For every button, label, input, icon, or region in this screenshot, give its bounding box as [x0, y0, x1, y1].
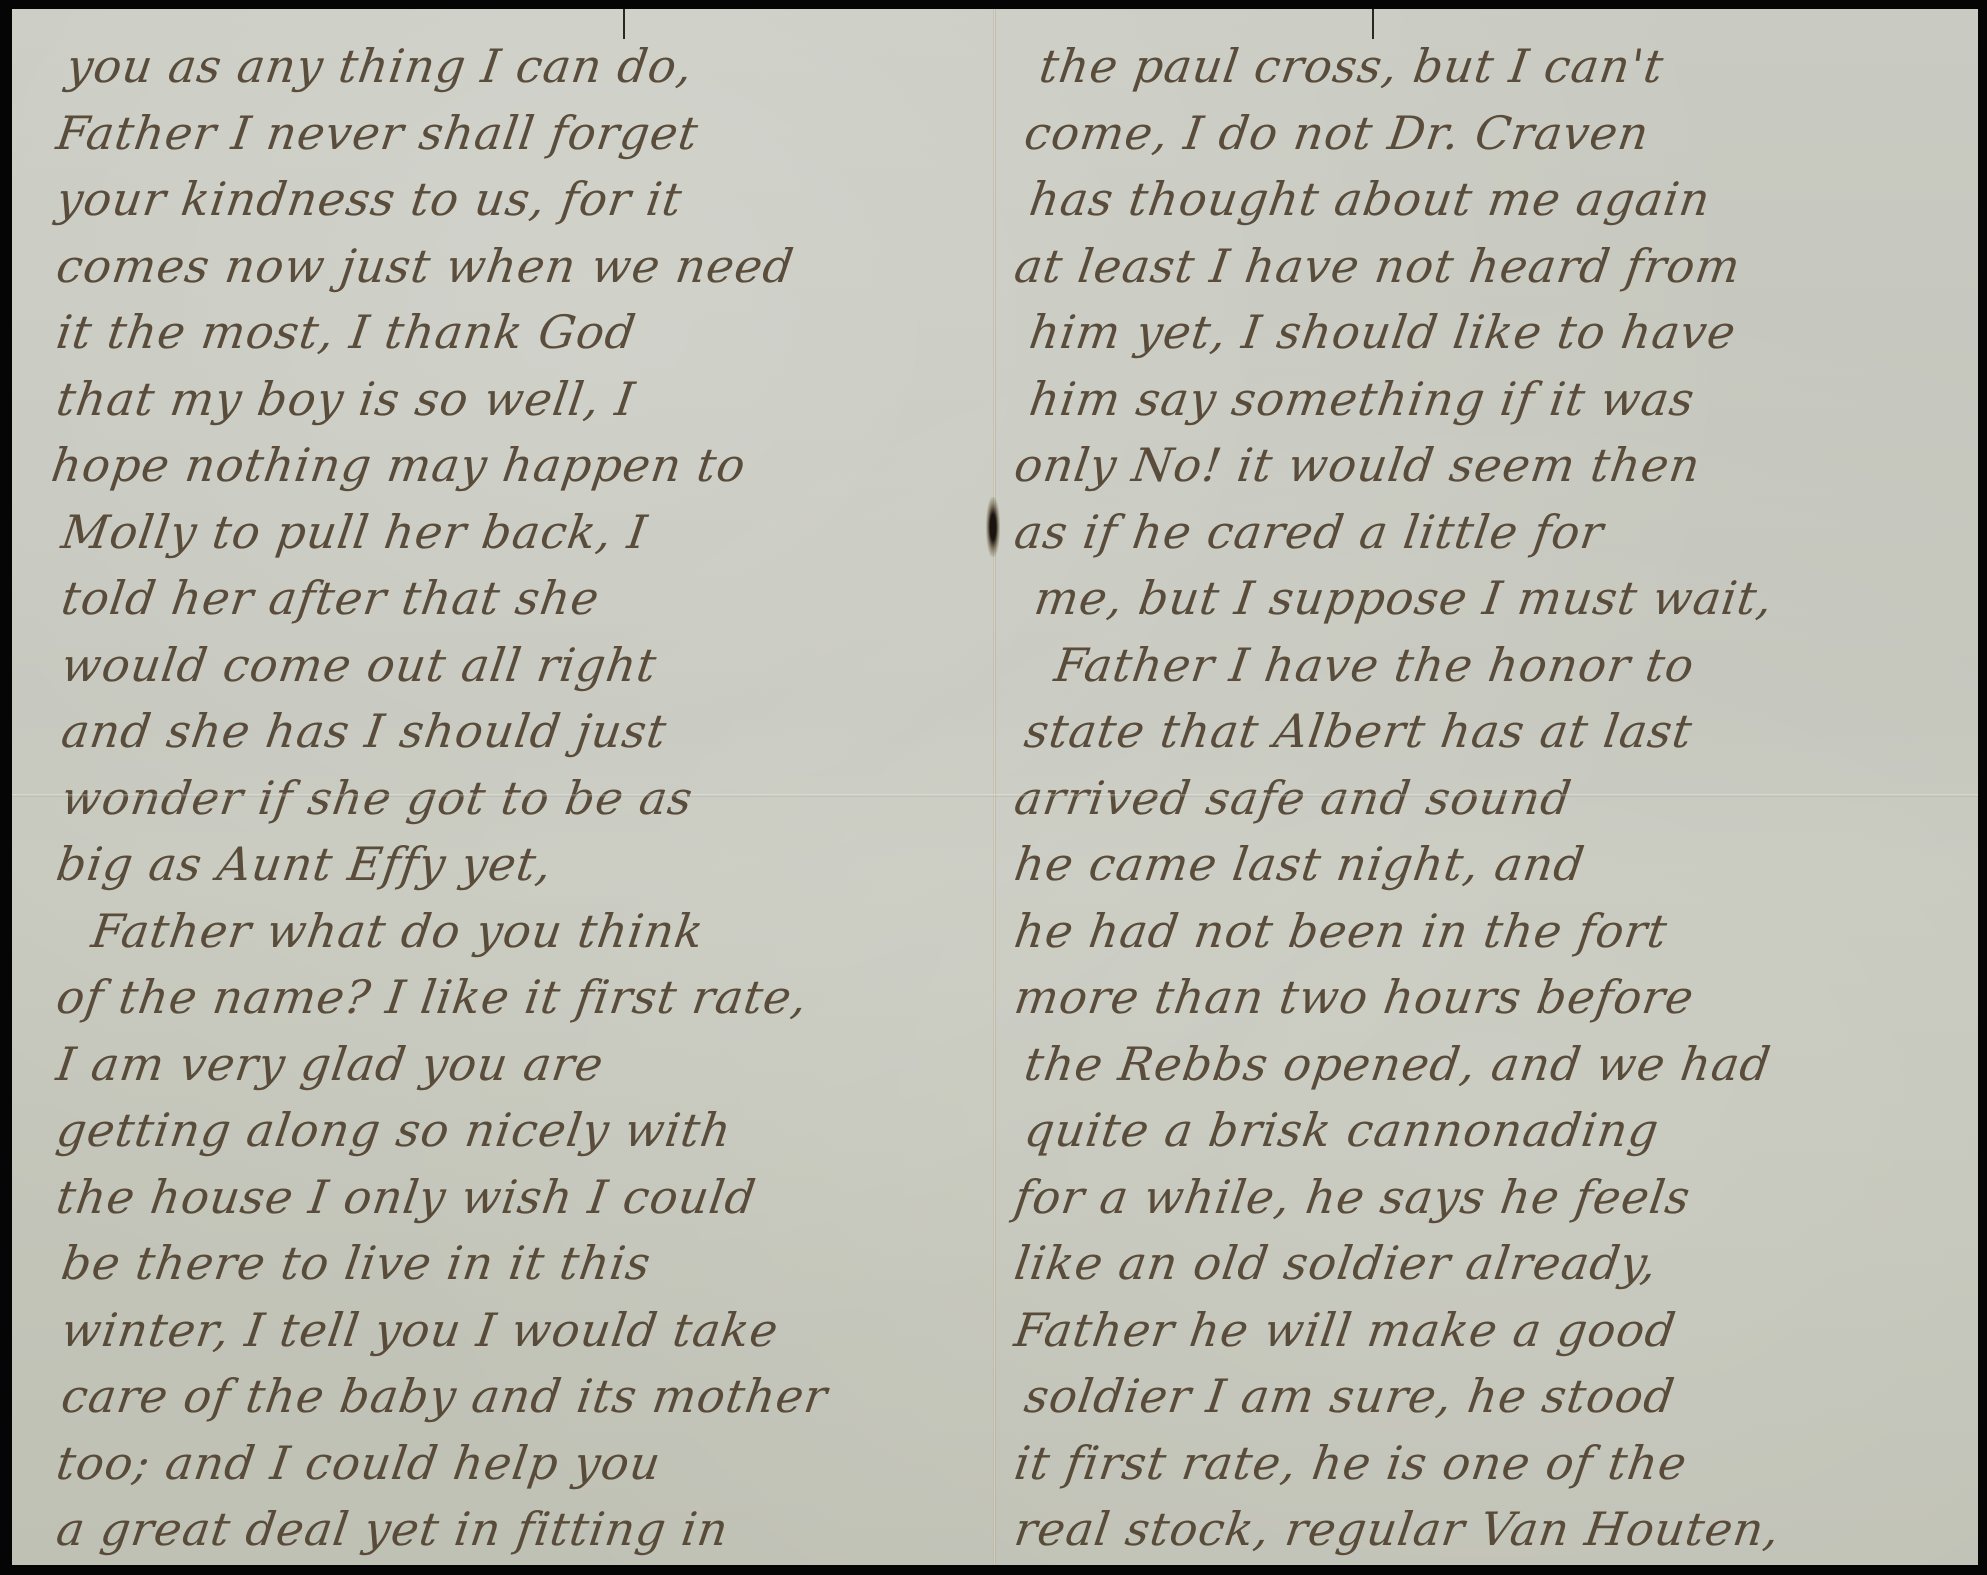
handwritten-line: soldier I am sure, he stood: [1021, 1369, 1678, 1423]
right-page: the paul cross, but I can'tcome, I do no…: [995, 9, 1978, 1565]
handwritten-line: more than two hours before: [1011, 970, 1697, 1024]
handwritten-line: for a while, he says he feels: [1011, 1170, 1694, 1224]
handwritten-line: he came last night, and: [1011, 837, 1588, 891]
handwritten-line: I am very glad you are: [53, 1037, 607, 1091]
handwritten-line: like an old soldier already,: [1011, 1236, 1661, 1290]
paper-tear: [986, 497, 1000, 557]
handwritten-line: come, I do not Dr. Craven: [1021, 106, 1653, 160]
handwritten-line: wonder if she got to be as: [58, 771, 696, 825]
handwritten-line: me, but I suppose I must wait,: [1031, 571, 1776, 625]
handwritten-line: it the most, I thank God: [53, 305, 639, 359]
handwritten-line: be there to live in it this: [58, 1236, 654, 1290]
handwritten-line: the house I only wish I could: [53, 1170, 759, 1224]
handwritten-line: big as Aunt Effy yet,: [53, 837, 556, 891]
handwritten-line: it first rate, he is one of the: [1011, 1436, 1690, 1490]
handwritten-line: as if he cared a little for: [1011, 505, 1607, 559]
handwritten-line: a great deal yet in fitting in: [53, 1502, 732, 1556]
left-page: you as any thing I can do,Father I never…: [12, 9, 995, 1565]
handwritten-line: Father I never shall forget: [53, 106, 702, 160]
left-page-text: you as any thing I can do,Father I never…: [12, 9, 995, 1565]
handwritten-line: the paul cross, but I can't: [1036, 39, 1667, 93]
handwritten-line: getting along so nicely with: [53, 1103, 735, 1157]
handwritten-line: your kindness to us, for it: [53, 172, 686, 226]
top-edge-nick-left: [623, 9, 625, 39]
handwritten-line: care of the baby and its mother: [58, 1369, 831, 1423]
top-edge-nick-right: [1372, 9, 1374, 39]
right-page-text: the paul cross, but I can'tcome, I do no…: [995, 9, 1978, 1565]
handwritten-line: he had not been in the fort: [1011, 904, 1671, 958]
handwritten-line: you as any thing I can do,: [63, 39, 696, 93]
handwritten-line: and she has I should just: [58, 704, 670, 758]
handwritten-line: real stock, regular Van Houten,: [1011, 1502, 1783, 1556]
horizontal-crease: [12, 794, 1978, 797]
handwritten-line: Molly to pull her back, I: [58, 505, 651, 559]
handwritten-line: told her after that she: [58, 571, 603, 625]
handwritten-line: him say something if it was: [1026, 372, 1698, 426]
handwritten-line: that my boy is so well, I: [53, 372, 639, 426]
center-fold: [993, 9, 996, 1565]
handwritten-line: Father he will make a good: [1011, 1303, 1679, 1357]
handwritten-line: of the name? I like it first rate,: [53, 970, 811, 1024]
letter-sheet: you as any thing I can do,Father I never…: [12, 9, 1978, 1565]
handwritten-line: too; and I could help you: [53, 1436, 664, 1490]
handwritten-line: Father what do you think: [88, 904, 707, 958]
handwritten-line: comes now just when we need: [53, 239, 797, 293]
handwritten-line: only No! it would seem then: [1011, 438, 1704, 492]
handwritten-line: would come out all right: [58, 638, 660, 692]
handwritten-line: quite a brisk cannonading: [1021, 1103, 1662, 1157]
handwritten-line: the Rebbs opened, and we had: [1021, 1037, 1774, 1091]
handwritten-line: him yet, I should like to have: [1026, 305, 1739, 359]
handwritten-line: has thought about me again: [1026, 172, 1714, 226]
handwritten-line: at least I have not heard from: [1011, 239, 1744, 293]
handwritten-line: winter, I tell you I would take: [58, 1303, 782, 1357]
handwritten-line: state that Albert has at last: [1021, 704, 1696, 758]
handwritten-line: Father I have the honor to: [1051, 638, 1698, 692]
handwritten-line: arrived safe and sound: [1011, 771, 1575, 825]
handwritten-line: hope nothing may happen to: [48, 438, 749, 492]
